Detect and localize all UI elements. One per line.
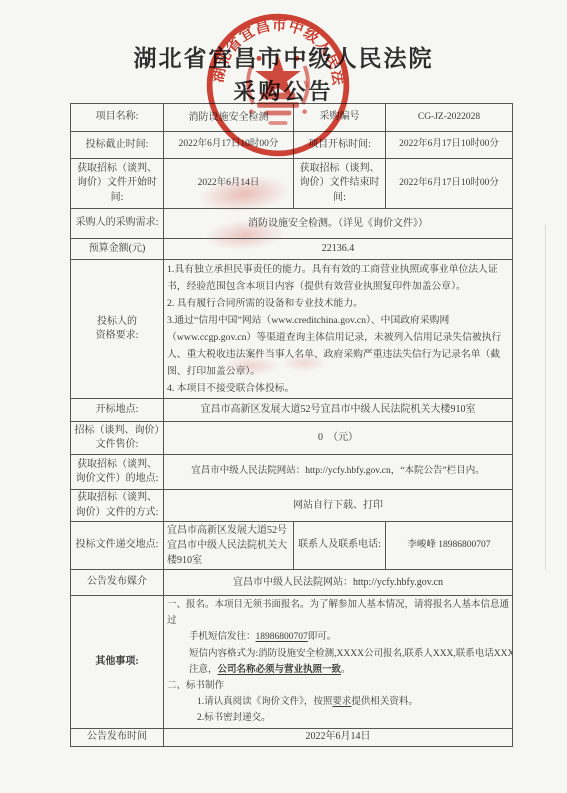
- field-value-doc-obtain-method: 网站自行下载、打印: [164, 490, 513, 522]
- scan-right-edge-line: [545, 225, 546, 570]
- field-value-procurement-number: CG-JZ-2022028: [386, 104, 513, 132]
- field-label-bid-deadline: 投标截止时间:: [71, 132, 164, 159]
- other-matters-line: 2.标书密封递交。: [167, 710, 509, 726]
- qualification-item: 1.具有独立承担民事责任的能力。具有有效的工商营业执照或事业单位法人证书，经验范…: [167, 261, 509, 295]
- other-matters-line: 二、标书制作: [167, 678, 509, 694]
- table-row: 获取招标（谈判、询价文件）的地点: 宜昌市中级人民法院网站：http://ycf…: [71, 455, 513, 490]
- other-matters-line: 手机短信发往：18986800707即可。: [167, 629, 509, 645]
- field-label-doc-obtain-end: 获取招标（谈判、询价）文件结束时间:: [294, 159, 386, 209]
- label-line: 投标人的: [74, 315, 160, 330]
- field-value-bidder-qualifications: 1.具有独立承担民事责任的能力。具有有效的工商营业执照或事业单位法人证书，经验范…: [164, 260, 513, 399]
- other-matters-line: 注意，公司名称必须与营业执照一致。: [167, 662, 509, 678]
- field-value-other-matters: 一、报名。本项目无须书面报名。为了解参加人基本情况，请将报名人基本信息通过 手机…: [164, 596, 513, 729]
- field-label-bid-opening-time: 项目开标时间:: [294, 132, 386, 159]
- field-value-doc-obtain-location: 宜昌市中级人民法院网站：http://ycfy.hbfy.gov.cn，“本院公…: [164, 455, 513, 490]
- field-label-purchaser-demand: 采购人的采购需求:: [71, 209, 164, 239]
- field-value-doc-price: 0 （元）: [164, 422, 513, 455]
- field-value-bid-deadline: 2022年6月17日10时00分: [164, 132, 294, 159]
- label-line: 资格要求:: [74, 329, 160, 344]
- qualification-item: 2. 具有履行合同所需的设备和专业技术能力。: [167, 295, 509, 312]
- field-value-project-name: 消防设施安全检测: [164, 104, 294, 132]
- field-value-bid-opening-time: 2022年6月17日10时00分: [386, 132, 513, 159]
- table-row: 公告发布媒介 宜昌市中级人民法院网站：http://ycfy.hbfy.gov.…: [71, 570, 513, 596]
- table-row: 投标文件递交地点: 宜昌市高新区发展大道52号宜昌市中级人民法院机关大楼910室…: [71, 522, 513, 570]
- field-label-bid-submission-location: 投标文件递交地点:: [71, 522, 164, 570]
- other-matters-line: 短信内容格式为:消防设施安全检测,XXXX公司报名,联系人XXX,联系电话XXX…: [167, 646, 509, 662]
- field-label-doc-price: 招标（谈判、询价）文件售价:: [71, 422, 164, 455]
- qualification-item: 4. 本项目不接受联合体投标。: [167, 380, 509, 397]
- field-value-announcement-date: 2022年6月14日: [164, 728, 513, 746]
- scan-left-edge-shadow: [0, 0, 16, 793]
- other-matters-line: 1.请认真阅读《询价文件》，按照要求提供相关资料。: [167, 694, 509, 710]
- procurement-announcement-page: 湖北省宜昌市中级人民法院 采购公告 湖北省宜昌市中级人民法院: [0, 0, 567, 793]
- field-value-announcement-media: 宜昌市中级人民法院网站：http://ycfy.hbfy.gov.cn: [164, 570, 513, 596]
- announcement-table: 项目名称: 消防设施安全检测 采购编号 CG-JZ-2022028 投标截止时间…: [70, 103, 513, 747]
- field-label-doc-obtain-start: 获取招标（谈判、询价）文件开始时间:: [71, 159, 164, 209]
- field-value-contact: 李峻峰 18986800707: [386, 522, 513, 570]
- table-row: 预算金额(元) 22136.4: [71, 239, 513, 260]
- field-value-doc-obtain-start: 2022年6月14日: [164, 159, 294, 209]
- field-value-purchaser-demand: 消防设施安全检测。（详见《询价文件》）: [164, 209, 513, 239]
- other-matters-line: 一、报名。本项目无须书面报名。为了解参加人基本情况，请将报名人基本信息通过: [167, 597, 509, 629]
- table-row: 获取招标（谈判、询价）文件开始时间: 2022年6月14日 获取招标（谈判、询价…: [71, 159, 513, 209]
- table-row: 公告发布时间 2022年6月14日: [71, 728, 513, 746]
- requirement-emphasis: 要求: [332, 697, 351, 707]
- field-label-other-matters: 其他事项:: [71, 596, 164, 729]
- table-row: 投标截止时间: 2022年6月17日10时00分 项目开标时间: 2022年6月…: [71, 132, 513, 159]
- field-label-doc-obtain-location: 获取招标（谈判、询价文件）的地点:: [71, 455, 164, 490]
- table-row: 投标人的 资格要求: 1.具有独立承担民事责任的能力。具有有效的工商营业执照或事…: [71, 260, 513, 399]
- document-subtitle: 采购公告: [0, 75, 567, 106]
- field-label-opening-location: 开标地点:: [71, 399, 164, 422]
- field-label-bidder-qualifications: 投标人的 资格要求:: [71, 260, 164, 399]
- field-label-announcement-date: 公告发布时间: [71, 728, 164, 746]
- notice-emphasis: 公司名称必须与营业执照一致: [218, 665, 342, 675]
- field-label-budget-amount: 预算金额(元): [71, 239, 164, 260]
- registration-phone: 18986800707: [256, 632, 308, 642]
- table-row: 获取招标（谈判、询价）文件的方式: 网站自行下载、打印: [71, 490, 513, 522]
- field-value-budget-amount: 22136.4: [164, 239, 513, 260]
- field-label-contact: 联系人及联系电话:: [294, 522, 386, 570]
- table-row: 招标（谈判、询价）文件售价: 0 （元）: [71, 422, 513, 455]
- field-label-announcement-media: 公告发布媒介: [71, 570, 164, 596]
- table-row: 项目名称: 消防设施安全检测 采购编号 CG-JZ-2022028: [71, 104, 513, 132]
- field-label-procurement-number: 采购编号: [294, 104, 386, 132]
- table-row: 采购人的采购需求: 消防设施安全检测。（详见《询价文件》）: [71, 209, 513, 239]
- table-row: 开标地点: 宜昌市高新区发展大道52号宜昌市中级人民法院机关大楼910室: [71, 399, 513, 422]
- field-value-opening-location: 宜昌市高新区发展大道52号宜昌市中级人民法院机关大楼910室: [164, 399, 513, 422]
- document-title: 湖北省宜昌市中级人民法院: [0, 40, 567, 73]
- field-value-bid-submission-location: 宜昌市高新区发展大道52号宜昌市中级人民法院机关大楼910室: [164, 522, 294, 570]
- field-label-project-name: 项目名称:: [71, 104, 164, 132]
- table-row: 其他事项: 一、报名。本项目无须书面报名。为了解参加人基本情况，请将报名人基本信…: [71, 596, 513, 729]
- field-value-doc-obtain-end: 2022年6月17日10时00分: [386, 159, 513, 209]
- qualification-item: 3.通过“信用中国”网站（www.creditchina.gov.cn）、中国政…: [167, 312, 509, 380]
- field-label-doc-obtain-method: 获取招标（谈判、询价）文件的方式:: [71, 490, 164, 522]
